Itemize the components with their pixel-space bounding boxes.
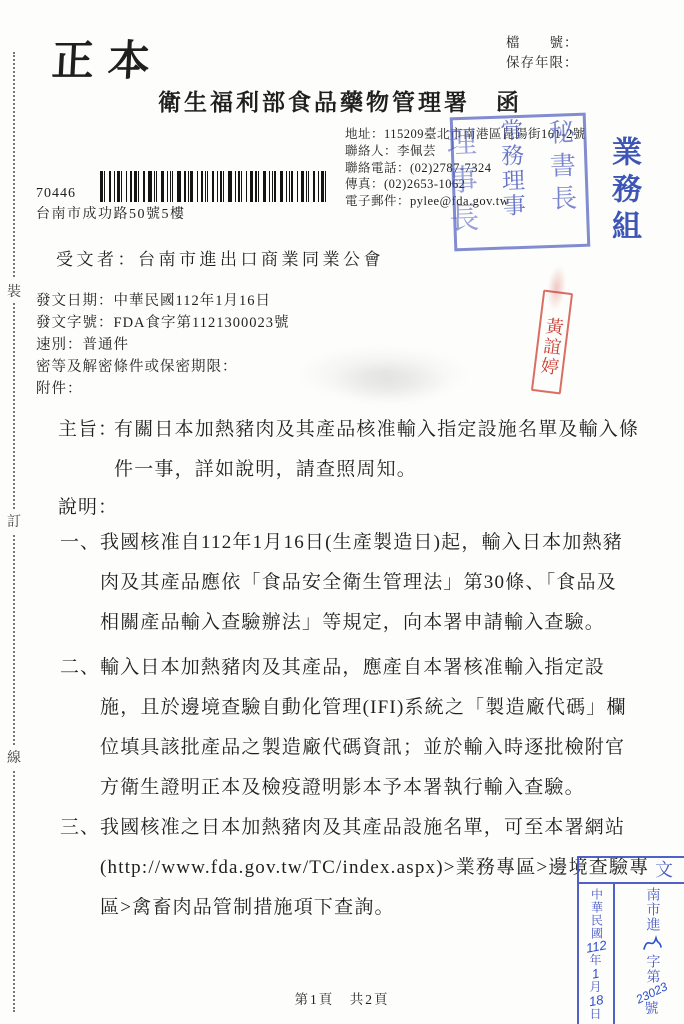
recipient-zip: 70446 <box>36 186 76 202</box>
item-line: 相關產品輸入查驗辦法」等規定，向本署申請輸入查驗。 <box>100 603 658 643</box>
subject-text: 有關日本加熱豬肉及其產品核准輸入指定設施名單及輸入條 件一事，詳如說明，請查照周… <box>114 410 662 490</box>
dispatch-secrecy: 密等及解密條件或保密期限： <box>36 356 289 378</box>
receipt-year-handwritten: 112 <box>585 938 608 955</box>
receipt-day-label: 日 <box>589 1008 602 1021</box>
subject-line: 有關日本加熱豬肉及其產品核准輸入指定設施名單及輸入條 <box>114 410 662 450</box>
item-line: 肉及其產品應依「食品安全衛生管理法」第30條、「食品及 <box>100 563 658 603</box>
routing-chairman-label: 理事長 <box>435 125 483 252</box>
receipt-stamp-header: 文 <box>579 858 684 884</box>
receipt-month-handwritten: 1 <box>591 966 601 981</box>
page-number: 第1頁 共2頁 <box>0 988 684 1008</box>
item-line: 區>禽畜肉品管制措施項下查詢。 <box>100 888 658 928</box>
handwritten-scribble <box>641 933 663 953</box>
dispatch-date: 發文日期：中華民國112年1月16日 <box>36 290 289 312</box>
dispatch-speed: 速別：普通件 <box>36 334 289 356</box>
item-line: (http://www.fda.gov.tw/TC/index.aspx)>業務… <box>100 848 658 888</box>
scan-smudge <box>330 360 450 406</box>
item-3-text: 我國核准之日本加熱豬肉及其產品設施名單，可至本署網站 (http://www.f… <box>100 808 658 928</box>
personal-name-stamp-text: 黃誼婷 <box>533 316 568 393</box>
retention-label: 保存年限： <box>506 53 579 73</box>
stamp-smudge <box>545 264 568 312</box>
file-no-label: 檔 號： <box>506 33 579 53</box>
item-1-marker: 一、 <box>60 523 100 563</box>
recipient-line: 受文者：台南市進出口商業同業公會 <box>56 245 384 270</box>
document-page: 裝 訂 線 正本 檔 號： 保存年限： 衛生福利部食品藥物管理署 函 地址：11… <box>0 0 684 1024</box>
receipt-era: 中華民國 <box>590 888 603 940</box>
recipient-address: 台南市成功路50號5樓 <box>36 203 186 223</box>
receipt-org: 南市進 <box>645 887 660 932</box>
item-line: 我國核准自112年1月16日(生產製造日)起，輸入日本加熱豬 <box>100 523 658 563</box>
dispatch-ref-no: 發文字號：FDA食字第1121300023號 <box>36 312 289 334</box>
item-line: 我國核准之日本加熱豬肉及其產品設施名單，可至本署網站 <box>100 808 658 848</box>
binding-mark-xian: 線 <box>5 745 23 769</box>
binding-mark-zhuang: 裝 <box>5 279 23 303</box>
subject-line: 件一事，詳如說明，請查照周知。 <box>114 450 662 490</box>
item-1-text: 我國核准自112年1月16日(生產製造日)起，輸入日本加熱豬 肉及其產品應依「食… <box>100 523 658 643</box>
dispatch-attachment: 附件： <box>36 378 289 400</box>
copy-type-label: 正本 <box>50 28 165 88</box>
item-line: 方衛生證明正本及檢疫證明影本予本署執行輸入查驗。 <box>100 768 658 808</box>
dispatch-meta-block: 發文日期：中華民國112年1月16日 發文字號：FDA食字第1121300023… <box>36 290 289 400</box>
unit-stamp: 業務組 <box>601 136 645 248</box>
subject-label: 主旨： <box>58 410 118 450</box>
binding-mark-ding: 訂 <box>5 509 23 533</box>
item-2-text: 輸入日本加熱豬肉及其產品，應產自本署核准輸入指定設 施，且於邊境查驗自動化管理(… <box>100 648 658 808</box>
receipt-no-prefix: 字第 <box>645 954 660 984</box>
file-number-block: 檔 號： 保存年限： <box>506 33 579 73</box>
association-routing-stamp: 理事長 常務理事 秘書長 <box>450 113 591 252</box>
personal-name-stamp: 黃誼婷 <box>531 290 573 395</box>
item-3-marker: 三、 <box>60 808 100 848</box>
item-2-marker: 二、 <box>60 648 100 688</box>
routing-secretary-general-label: 秘書長 <box>541 118 582 245</box>
document-title: 衛生福利部食品藥物管理署 函 <box>60 84 620 117</box>
item-line: 位填具該批產品之製造廠代碼資訊；並於輸入時逐批檢附官 <box>100 728 658 768</box>
item-line: 施，且於邊境查驗自動化管理(IFI)系統之「製造廠代碼」欄 <box>100 688 658 728</box>
item-line: 輸入日本加熱豬肉及其產品，應產自本署核准輸入指定設 <box>100 648 658 688</box>
explanation-label: 說明： <box>58 488 118 528</box>
routing-managing-director-label: 常務理事 <box>493 118 530 245</box>
barcode <box>100 171 330 202</box>
